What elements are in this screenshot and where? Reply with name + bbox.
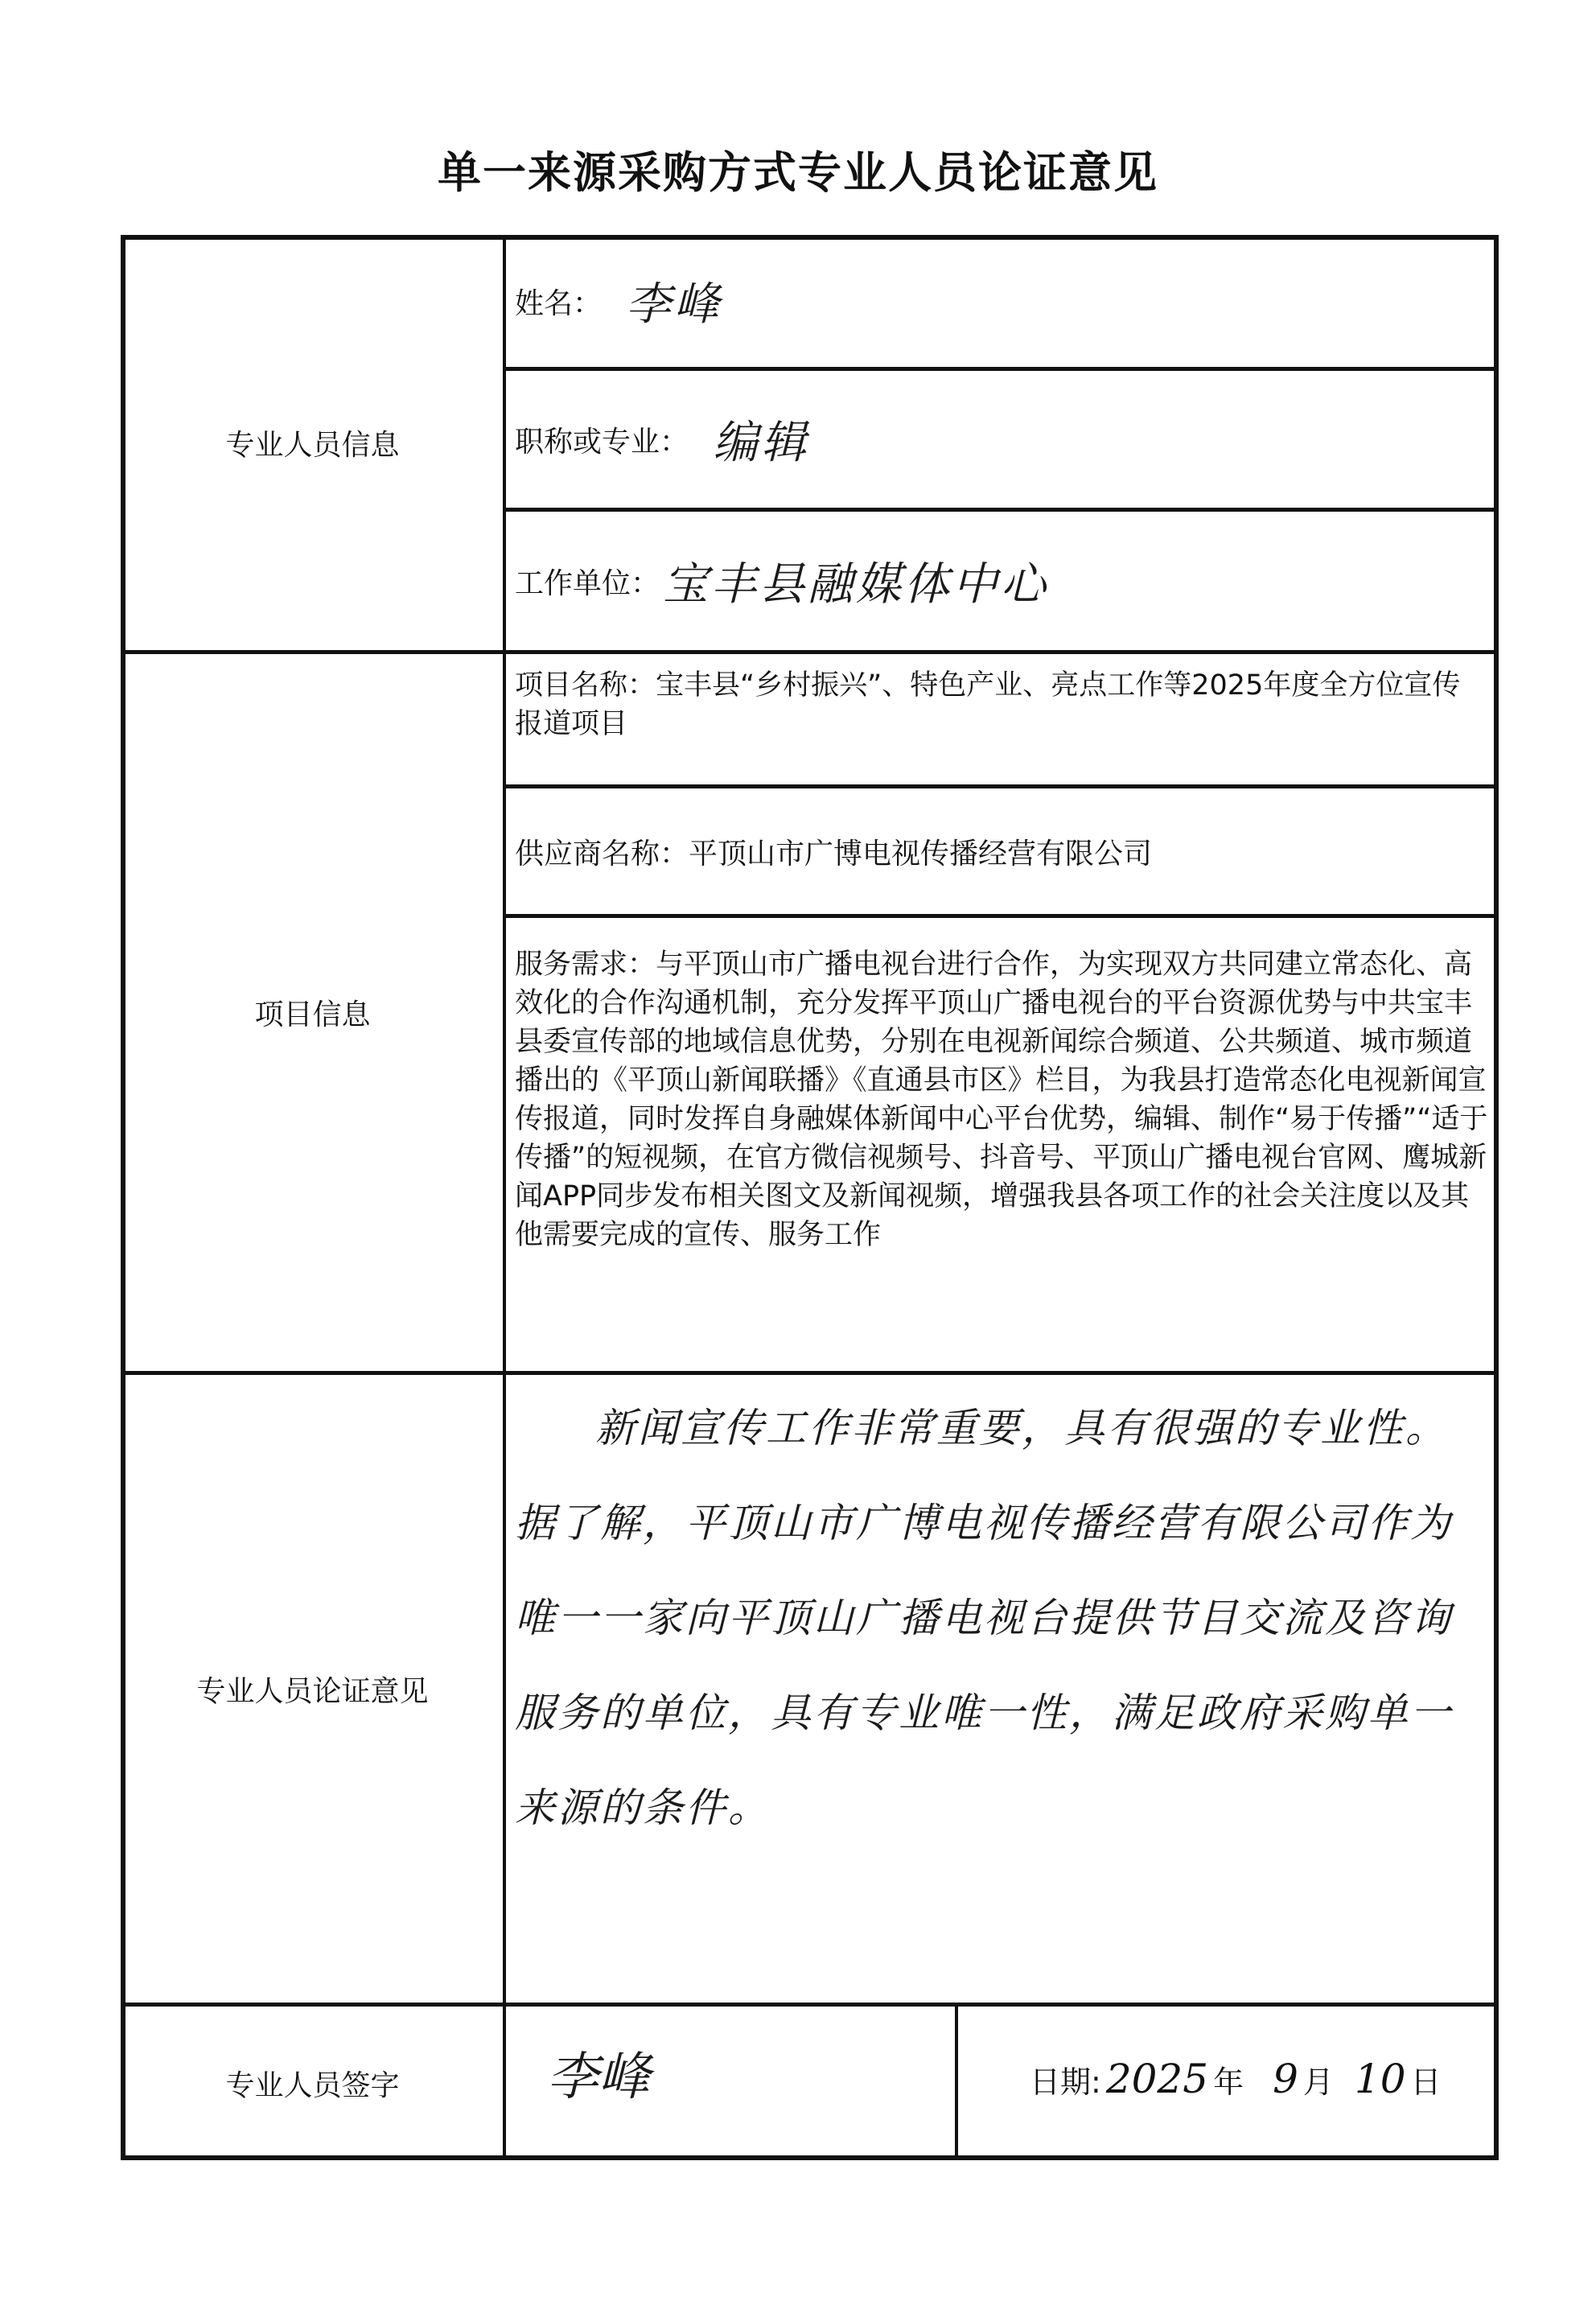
date-day-unit: 日 <box>1411 2057 1442 2101</box>
date-year-unit: 年 <box>1213 2057 1244 2101</box>
project-name: 项目名称：宝丰县“乡村振兴”、特色产业、亮点工作等2025年度全方位宣传报道项目 <box>515 666 1488 743</box>
expert-info-label: 专业人员信息 <box>121 235 504 650</box>
opinion-handwritten: 新闻宣传工作非常重要，具有很强的专业性。据了解，平顶山市广博电视传播经营有限公司… <box>515 1381 1480 1855</box>
service-requirements: 服务需求：与平顶山市广播电视台进行合作，为实现双方共同建立常态化、高效化的合作沟… <box>515 945 1488 1254</box>
name-handwritten: 李峰 <box>626 269 722 333</box>
title-handwritten: 编辑 <box>713 407 809 471</box>
name-label: 姓名： <box>515 281 602 322</box>
document-title: 单一来源采购方式专业人员论证意见 <box>0 138 1596 200</box>
date-field: 日期: 2025 年 9 月 10 日 <box>1030 2056 1442 2102</box>
date-month: 9 <box>1273 2056 1298 2102</box>
row-divider <box>504 914 1499 918</box>
date-year: 2025 <box>1106 2056 1208 2102</box>
date-month-unit: 月 <box>1303 2057 1334 2101</box>
employer-row: 工作单位： 宝丰县融媒体中心 <box>515 512 1484 650</box>
employer-label: 工作单位： <box>515 561 660 602</box>
supplier-name: 供应商名称：平顶山市广博电视传播经营有限公司 <box>515 788 1484 914</box>
date-label: 日期: <box>1030 2057 1101 2101</box>
signature-label: 专业人员签字 <box>121 2007 504 2160</box>
employer-handwritten: 宝丰县融媒体中心 <box>663 549 1049 613</box>
project-info-label: 项目信息 <box>121 654 504 1371</box>
title-label: 职称或专业： <box>515 419 689 460</box>
signature-handwritten: 李峰 <box>547 2035 650 2110</box>
date-day: 10 <box>1355 2056 1406 2102</box>
signature-date-divider <box>955 2004 958 2160</box>
title-row: 职称或专业： 编辑 <box>515 371 1484 508</box>
opinion-label: 专业人员论证意见 <box>121 1375 504 2003</box>
name-row: 姓名： 李峰 <box>515 235 1484 367</box>
